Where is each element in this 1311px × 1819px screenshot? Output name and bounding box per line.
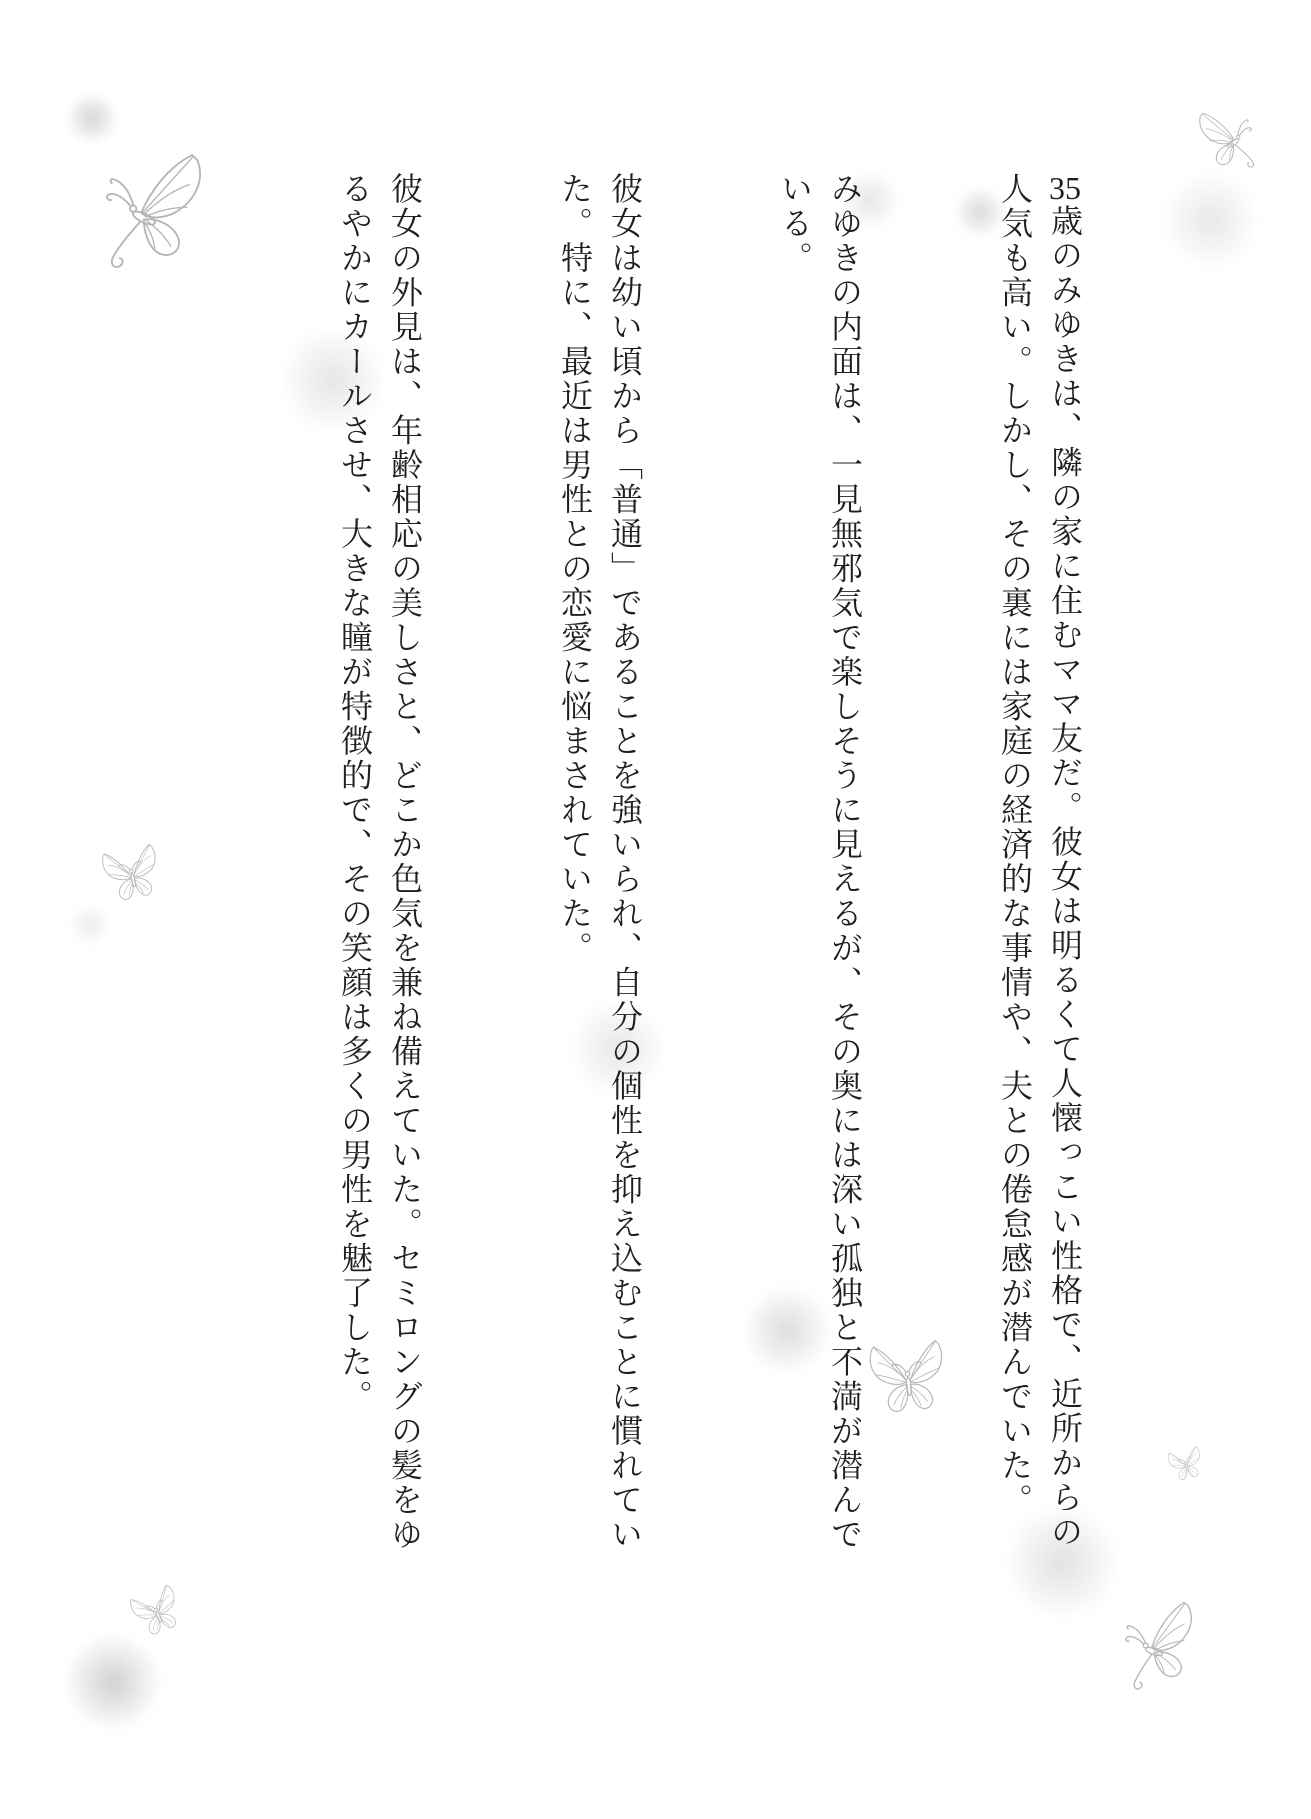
paragraph-3-text: 彼女は幼い頃から「普通」であることを強いられ、自分の個性を抑え込むことに慣れてい… [557,172,643,1552]
paragraph-4: 彼女の外見は、年齢相応の美しさと、どこか色気を兼ね備えていた。セミロングの髪をゆ… [330,172,430,1576]
bokeh-blob [65,91,119,145]
butterfly-icon [1183,93,1266,186]
butterfly-icon [1160,1441,1212,1488]
bokeh-blob [69,904,111,946]
paragraph-3: 彼女は幼い頃から「普通」であることを強いられ、自分の個性を抑え込むことに慣れてい… [550,172,650,1576]
butterfly-icon [1107,1591,1223,1699]
paragraph-2-text: みゆきの内面は、一見無邪気で楽しそうに見えるが、その奥には深い孤独と不満が潜んで… [777,172,863,1552]
butterfly-icon [120,1577,193,1647]
butterfly-icon [93,140,227,280]
paragraph-1: 35歳のみゆきは、隣の家に住むママ友だ。彼女は明るくて人懐っこい性格で、近所から… [990,172,1090,1576]
bokeh-blob [63,1632,163,1732]
paragraph-2: みゆきの内面は、一見無邪気で楽しそうに見えるが、その奥には深い孤独と不満が潜んで… [770,172,870,1576]
bokeh-blob [1160,170,1260,270]
butterfly-icon [93,837,170,911]
paragraph-4-text: 彼女の外見は、年齢相応の美しさと、どこか色気を兼ね備えていた。セミロングの髪をゆ… [337,172,423,1552]
story-text: 35歳のみゆきは、隣の家に住むママ友だ。彼女は明るくて人懐っこい性格で、近所から… [330,172,1090,1576]
paragraph-1-text: 歳のみゆきは、隣の家に住むママ友だ。彼女は明るくて人懐っこい性格で、近所からの人… [997,172,1083,1550]
age-number: 35 [1047,172,1083,204]
novel-page: 35歳のみゆきは、隣の家に住むママ友だ。彼女は明るくて人懐っこい性格で、近所から… [0,0,1311,1819]
